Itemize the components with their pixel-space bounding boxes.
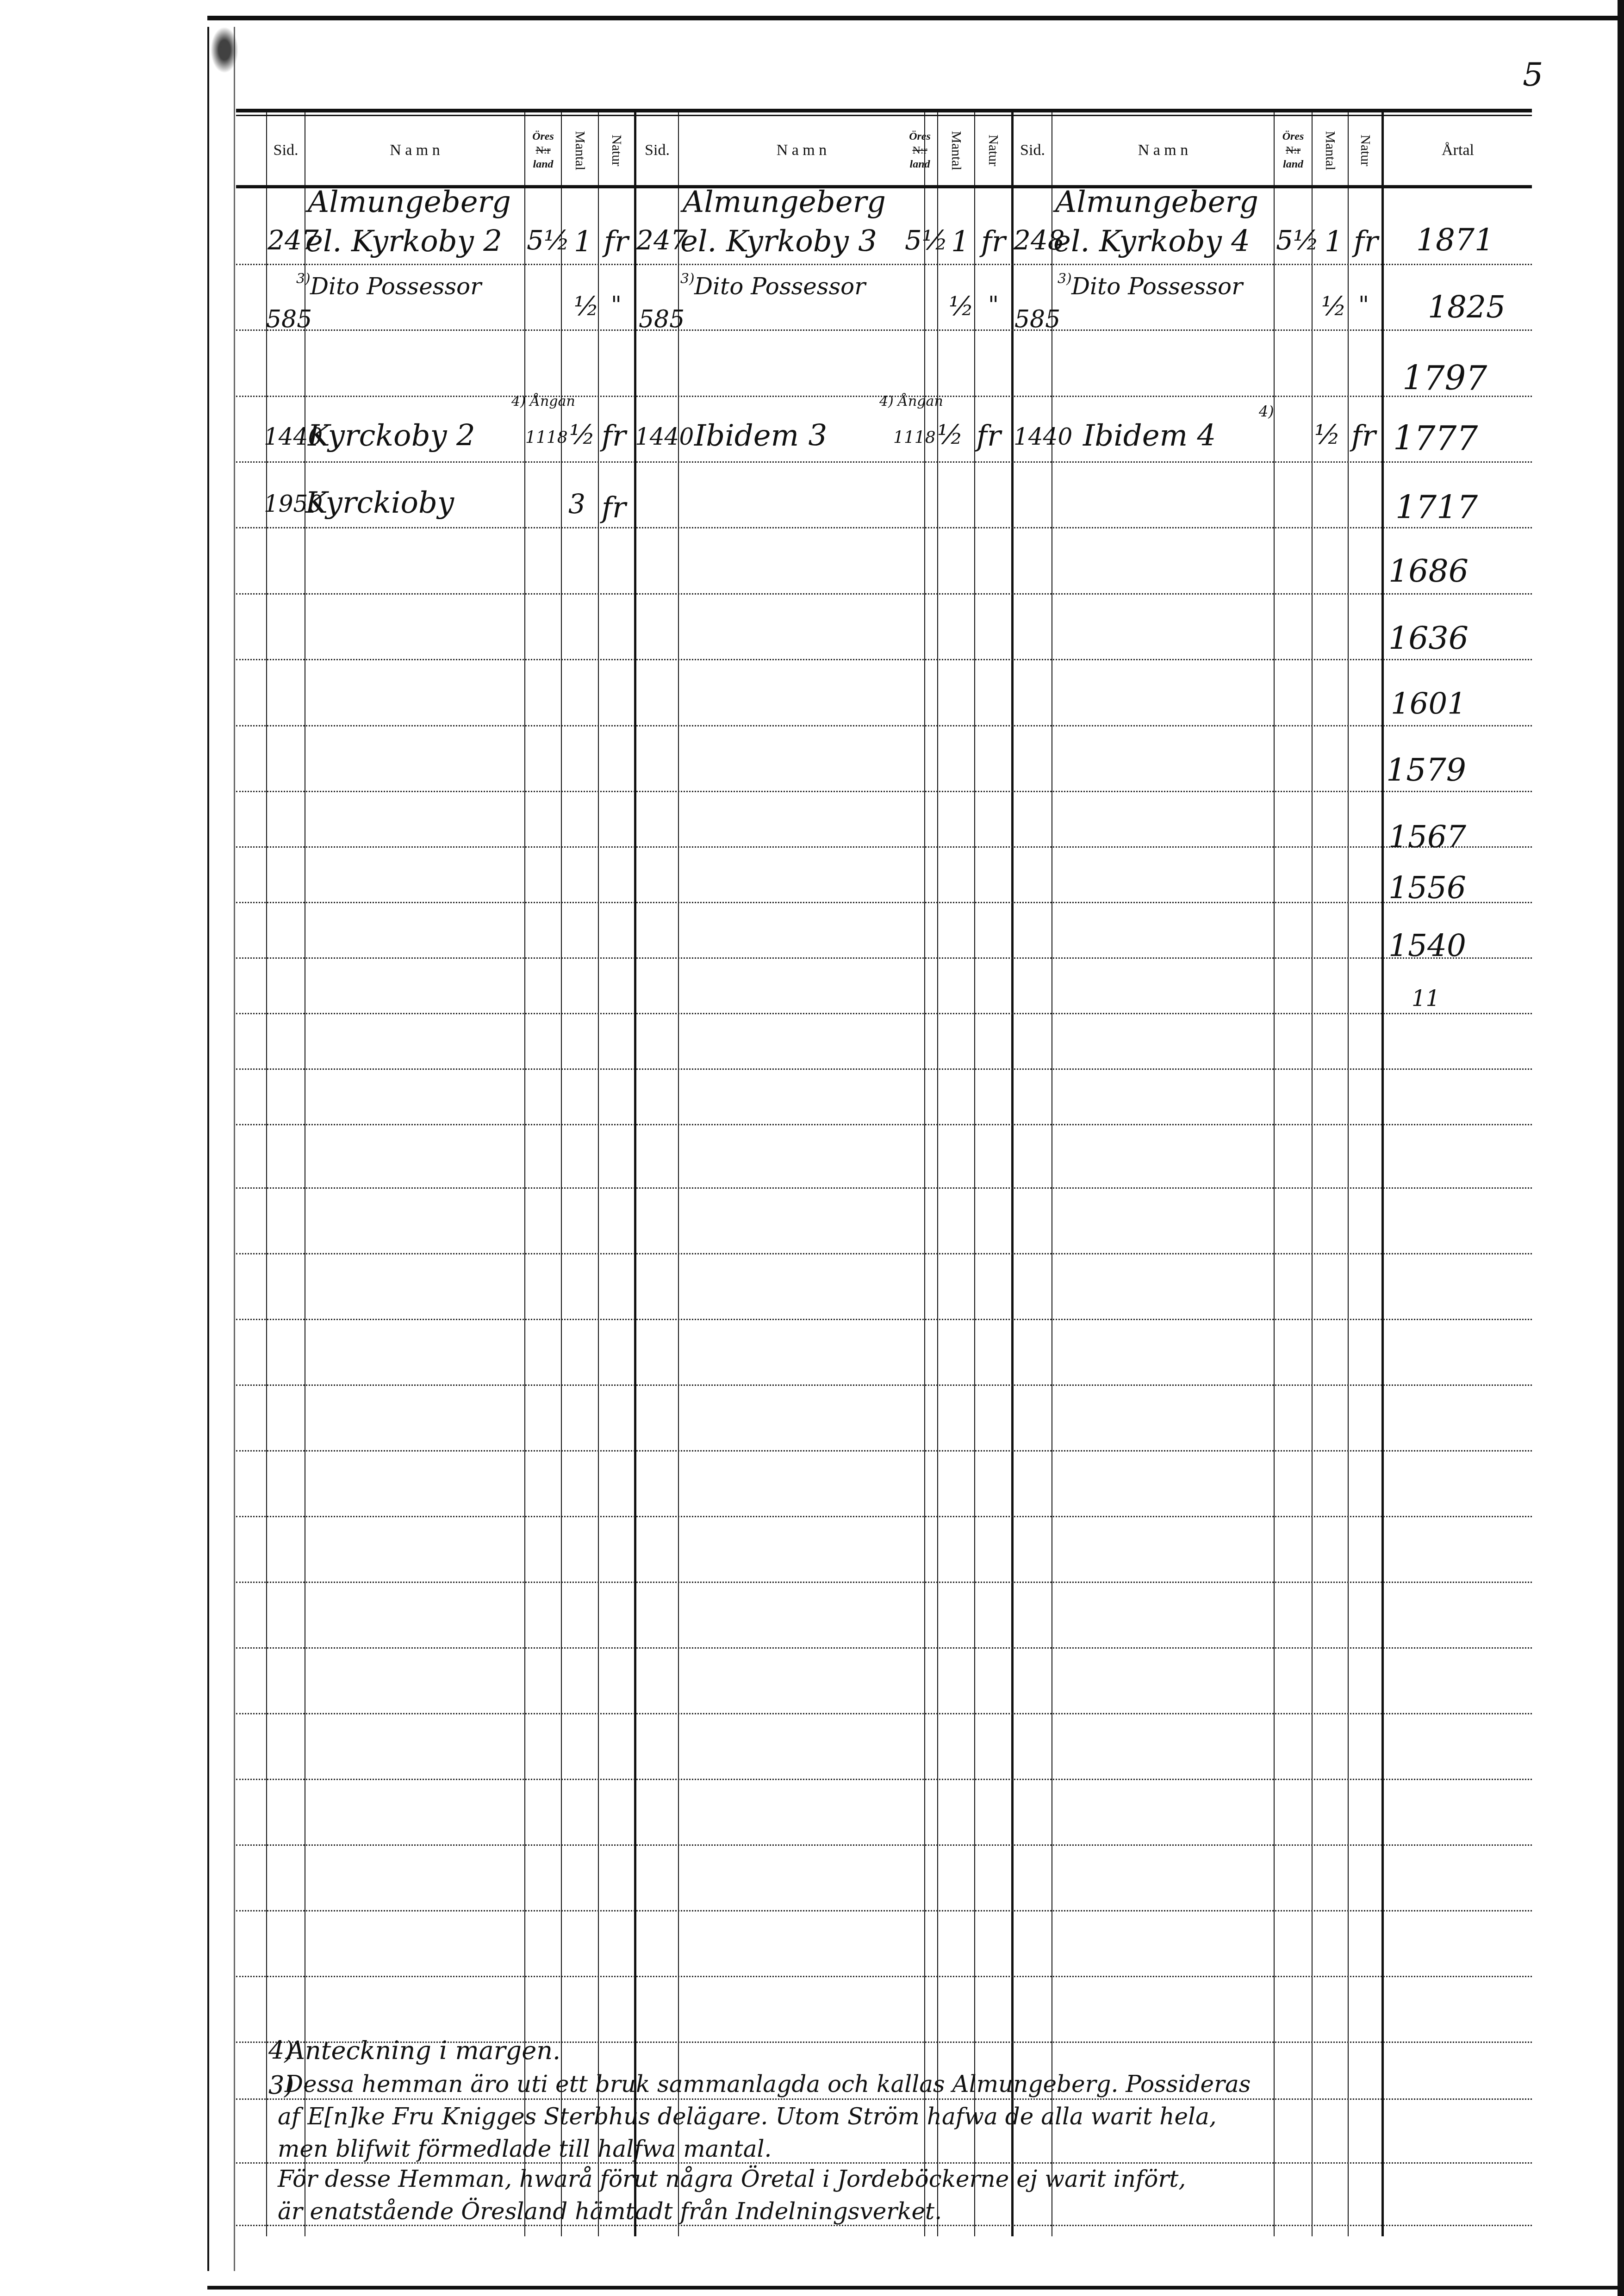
header-sid: Sid.	[267, 116, 305, 185]
header-namn: N a m n	[305, 116, 524, 185]
entry-natur: fr	[1354, 224, 1378, 258]
entry-oresland: 5½	[1276, 224, 1319, 256]
entry-mantal: 1	[1325, 224, 1343, 258]
row-line	[236, 791, 1532, 792]
binding-smudge	[211, 27, 238, 73]
entry-artal: 1717	[1395, 488, 1478, 526]
entry-artal: 1579	[1386, 752, 1466, 788]
header-mantal-label: Mantal	[572, 131, 588, 170]
entry-sid: 1440	[635, 423, 694, 450]
row-line	[236, 1779, 1532, 1780]
header-mantal: Mantal	[938, 116, 974, 185]
col-line	[974, 112, 975, 2236]
entry-artal: 1540	[1388, 928, 1466, 963]
header-mantal-label: Mantal	[948, 131, 964, 170]
header-mantal: Mantal	[562, 116, 598, 185]
entry-namn: Almungeberg	[1055, 185, 1258, 219]
header-sid: Sid.	[1014, 116, 1052, 185]
entry-namn: Almungeberg	[683, 185, 886, 219]
entry-namn: Ibidem 4	[1083, 419, 1216, 453]
entry-natur: fr	[977, 419, 1001, 453]
entry-sid: 585	[1014, 305, 1060, 333]
entry-artal: 1871	[1416, 222, 1494, 258]
col-line	[1274, 112, 1275, 2236]
entry-artal: 11	[1412, 986, 1440, 1011]
page-number: 5	[1523, 56, 1543, 93]
header-artal: Årtal	[1384, 116, 1532, 185]
entry-namn: Dito Possessor	[694, 273, 865, 300]
entry-sid: 1440	[1014, 423, 1072, 450]
header-sid: Sid.	[636, 116, 678, 185]
entry-namn: Ibidem 3	[694, 419, 827, 453]
header-oresland: Öres N:r land	[525, 116, 561, 185]
footnote-text: Anteckning i margen.	[278, 2036, 560, 2065]
row-line	[236, 593, 1532, 595]
footnote-text: är enatstående Öresland hämtadt från Ind…	[278, 2198, 942, 2225]
entry-natur: "	[988, 292, 999, 318]
entry-artal: 1797	[1402, 359, 1487, 397]
row-line	[236, 527, 1532, 528]
row-line	[236, 1450, 1532, 1452]
row-line	[236, 2225, 1532, 2226]
row-line	[236, 1124, 1532, 1125]
row-line	[236, 725, 1532, 726]
entry-mantal: 1	[951, 224, 969, 258]
row-line	[236, 329, 1532, 331]
row-line	[236, 1384, 1532, 1386]
header-top-rule	[236, 109, 1532, 112]
entry-artal: 1825	[1428, 289, 1506, 325]
entry-mantal: 1	[574, 224, 592, 258]
entry-artal: 1601	[1391, 687, 1466, 721]
entry-natur: fr	[604, 224, 628, 258]
row-line	[236, 1319, 1532, 1320]
entry-sid: 585	[639, 305, 684, 333]
row-line	[236, 659, 1532, 660]
page-left-edge	[207, 27, 209, 2271]
page-margin-line	[234, 27, 235, 2271]
header-ores-nr: N:r	[913, 143, 927, 157]
footnote-ref: 3)	[1058, 271, 1072, 287]
entry-oresland: 1118	[525, 428, 568, 447]
header-ores-nr: N:r	[1286, 143, 1300, 157]
row-line	[236, 1253, 1532, 1254]
row-line	[236, 1844, 1532, 1846]
col-line	[1348, 112, 1349, 2236]
row-line	[236, 2162, 1532, 2164]
header-natur: Natur	[1349, 116, 1381, 185]
row-line	[236, 461, 1532, 463]
row-line	[236, 1647, 1532, 1649]
col-line	[598, 112, 599, 2236]
row-line	[236, 1976, 1532, 1977]
row-line	[236, 1516, 1532, 1517]
footnote-text: Dessa hemman äro uti ett bruk sammanlagd…	[285, 2071, 1251, 2097]
entry-natur: fr	[602, 490, 626, 524]
entry-artal: 1567	[1388, 819, 1466, 855]
entry-mantal: ½	[1321, 292, 1346, 322]
header-ores-land: land	[1283, 157, 1303, 171]
row-line	[236, 1013, 1532, 1014]
row-line	[236, 1582, 1532, 1583]
header-ores-land: land	[909, 157, 930, 171]
header-natur: Natur	[975, 116, 1011, 185]
entry-artal: 1556	[1388, 870, 1466, 906]
footnote-ref: 3)	[296, 271, 311, 287]
entry-namn: Dito Possessor	[1071, 273, 1243, 300]
footnote-text: men blifwit förmedlade till halfwa manta…	[278, 2135, 772, 2162]
header-natur-label: Natur	[609, 135, 624, 166]
entry-natur: "	[611, 292, 622, 318]
header-natur-label: Natur	[985, 135, 1001, 166]
entry-sid: 585	[266, 305, 312, 333]
header-ores-top: Öres	[532, 130, 554, 143]
entry-artal: 1636	[1388, 620, 1468, 657]
footnote-text: För desse Hemman, hwarå förut några Öret…	[278, 2166, 1186, 2192]
entry-mantal: ½	[569, 419, 595, 450]
entry-natur: fr	[1351, 419, 1376, 453]
entry-namn: Dito Possessor	[310, 273, 481, 300]
entry-oresland-note: 4)	[1259, 403, 1274, 420]
row-line	[236, 2098, 1532, 2100]
page-top-edge	[207, 16, 1624, 20]
header-oresland: Öres N:r land	[1275, 116, 1312, 185]
header-ores-top: Öres	[909, 130, 931, 143]
header-ores-top: Öres	[1282, 130, 1304, 143]
page-right-edge	[1618, 0, 1624, 2296]
page-bottom-edge	[207, 2286, 1624, 2290]
entry-namn: el. Kyrkoby 2	[305, 224, 502, 259]
entry-mantal: ½	[1314, 419, 1340, 450]
header-natur-label: Natur	[1357, 135, 1373, 166]
entry-mantal: ½	[574, 292, 599, 322]
entry-natur: fr	[981, 224, 1006, 258]
header-mantal-label: Mantal	[1322, 131, 1338, 170]
entry-namn: Almungeberg	[308, 185, 511, 219]
header-oresland: Öres N:r land	[902, 116, 937, 185]
header-namn: N a m n	[679, 116, 924, 185]
footnote-text: af E[n]ke Fru Knigges Sterbhus delägare.…	[278, 2103, 1217, 2130]
row-line	[236, 846, 1532, 848]
entry-namn: Kyrckoby 2	[308, 419, 475, 453]
entry-namn: el. Kyrkoby 4	[1053, 224, 1250, 259]
header-ores-nr: N:r	[536, 143, 551, 157]
header-mantal: Mantal	[1313, 116, 1348, 185]
entry-mantal: ½	[937, 419, 963, 450]
row-line	[236, 1068, 1532, 1070]
header-namn: N a m n	[1052, 116, 1274, 185]
entry-artal: 1686	[1388, 553, 1468, 590]
entry-natur: "	[1358, 292, 1369, 318]
entry-artal: 1777	[1393, 419, 1478, 458]
row-line	[236, 1910, 1532, 1911]
row-line	[236, 957, 1532, 959]
entry-oresland: 1118	[893, 428, 936, 447]
entry-mantal: 3	[568, 488, 585, 520]
row-line	[236, 1187, 1532, 1189]
col-line	[1312, 112, 1313, 2236]
entry-oresland-note: 4) Ångan	[511, 393, 575, 410]
entry-oresland: 5½	[527, 224, 570, 256]
row-line	[236, 264, 1532, 265]
header-natur: Natur	[599, 116, 634, 185]
header-ores-land: land	[533, 157, 553, 171]
entry-namn: el. Kyrkoby 3	[680, 224, 877, 259]
col-line	[1381, 112, 1384, 2236]
row-line	[236, 1713, 1532, 1714]
footnote-ref: 3)	[680, 271, 695, 287]
entry-oresland: 5½	[905, 224, 948, 256]
entry-oresland-note: 4) Ångan	[879, 393, 943, 410]
entry-namn: Kyrckioby	[305, 486, 454, 520]
entry-natur: fr	[602, 419, 626, 453]
entry-mantal: ½	[949, 292, 974, 322]
row-line	[236, 902, 1532, 903]
